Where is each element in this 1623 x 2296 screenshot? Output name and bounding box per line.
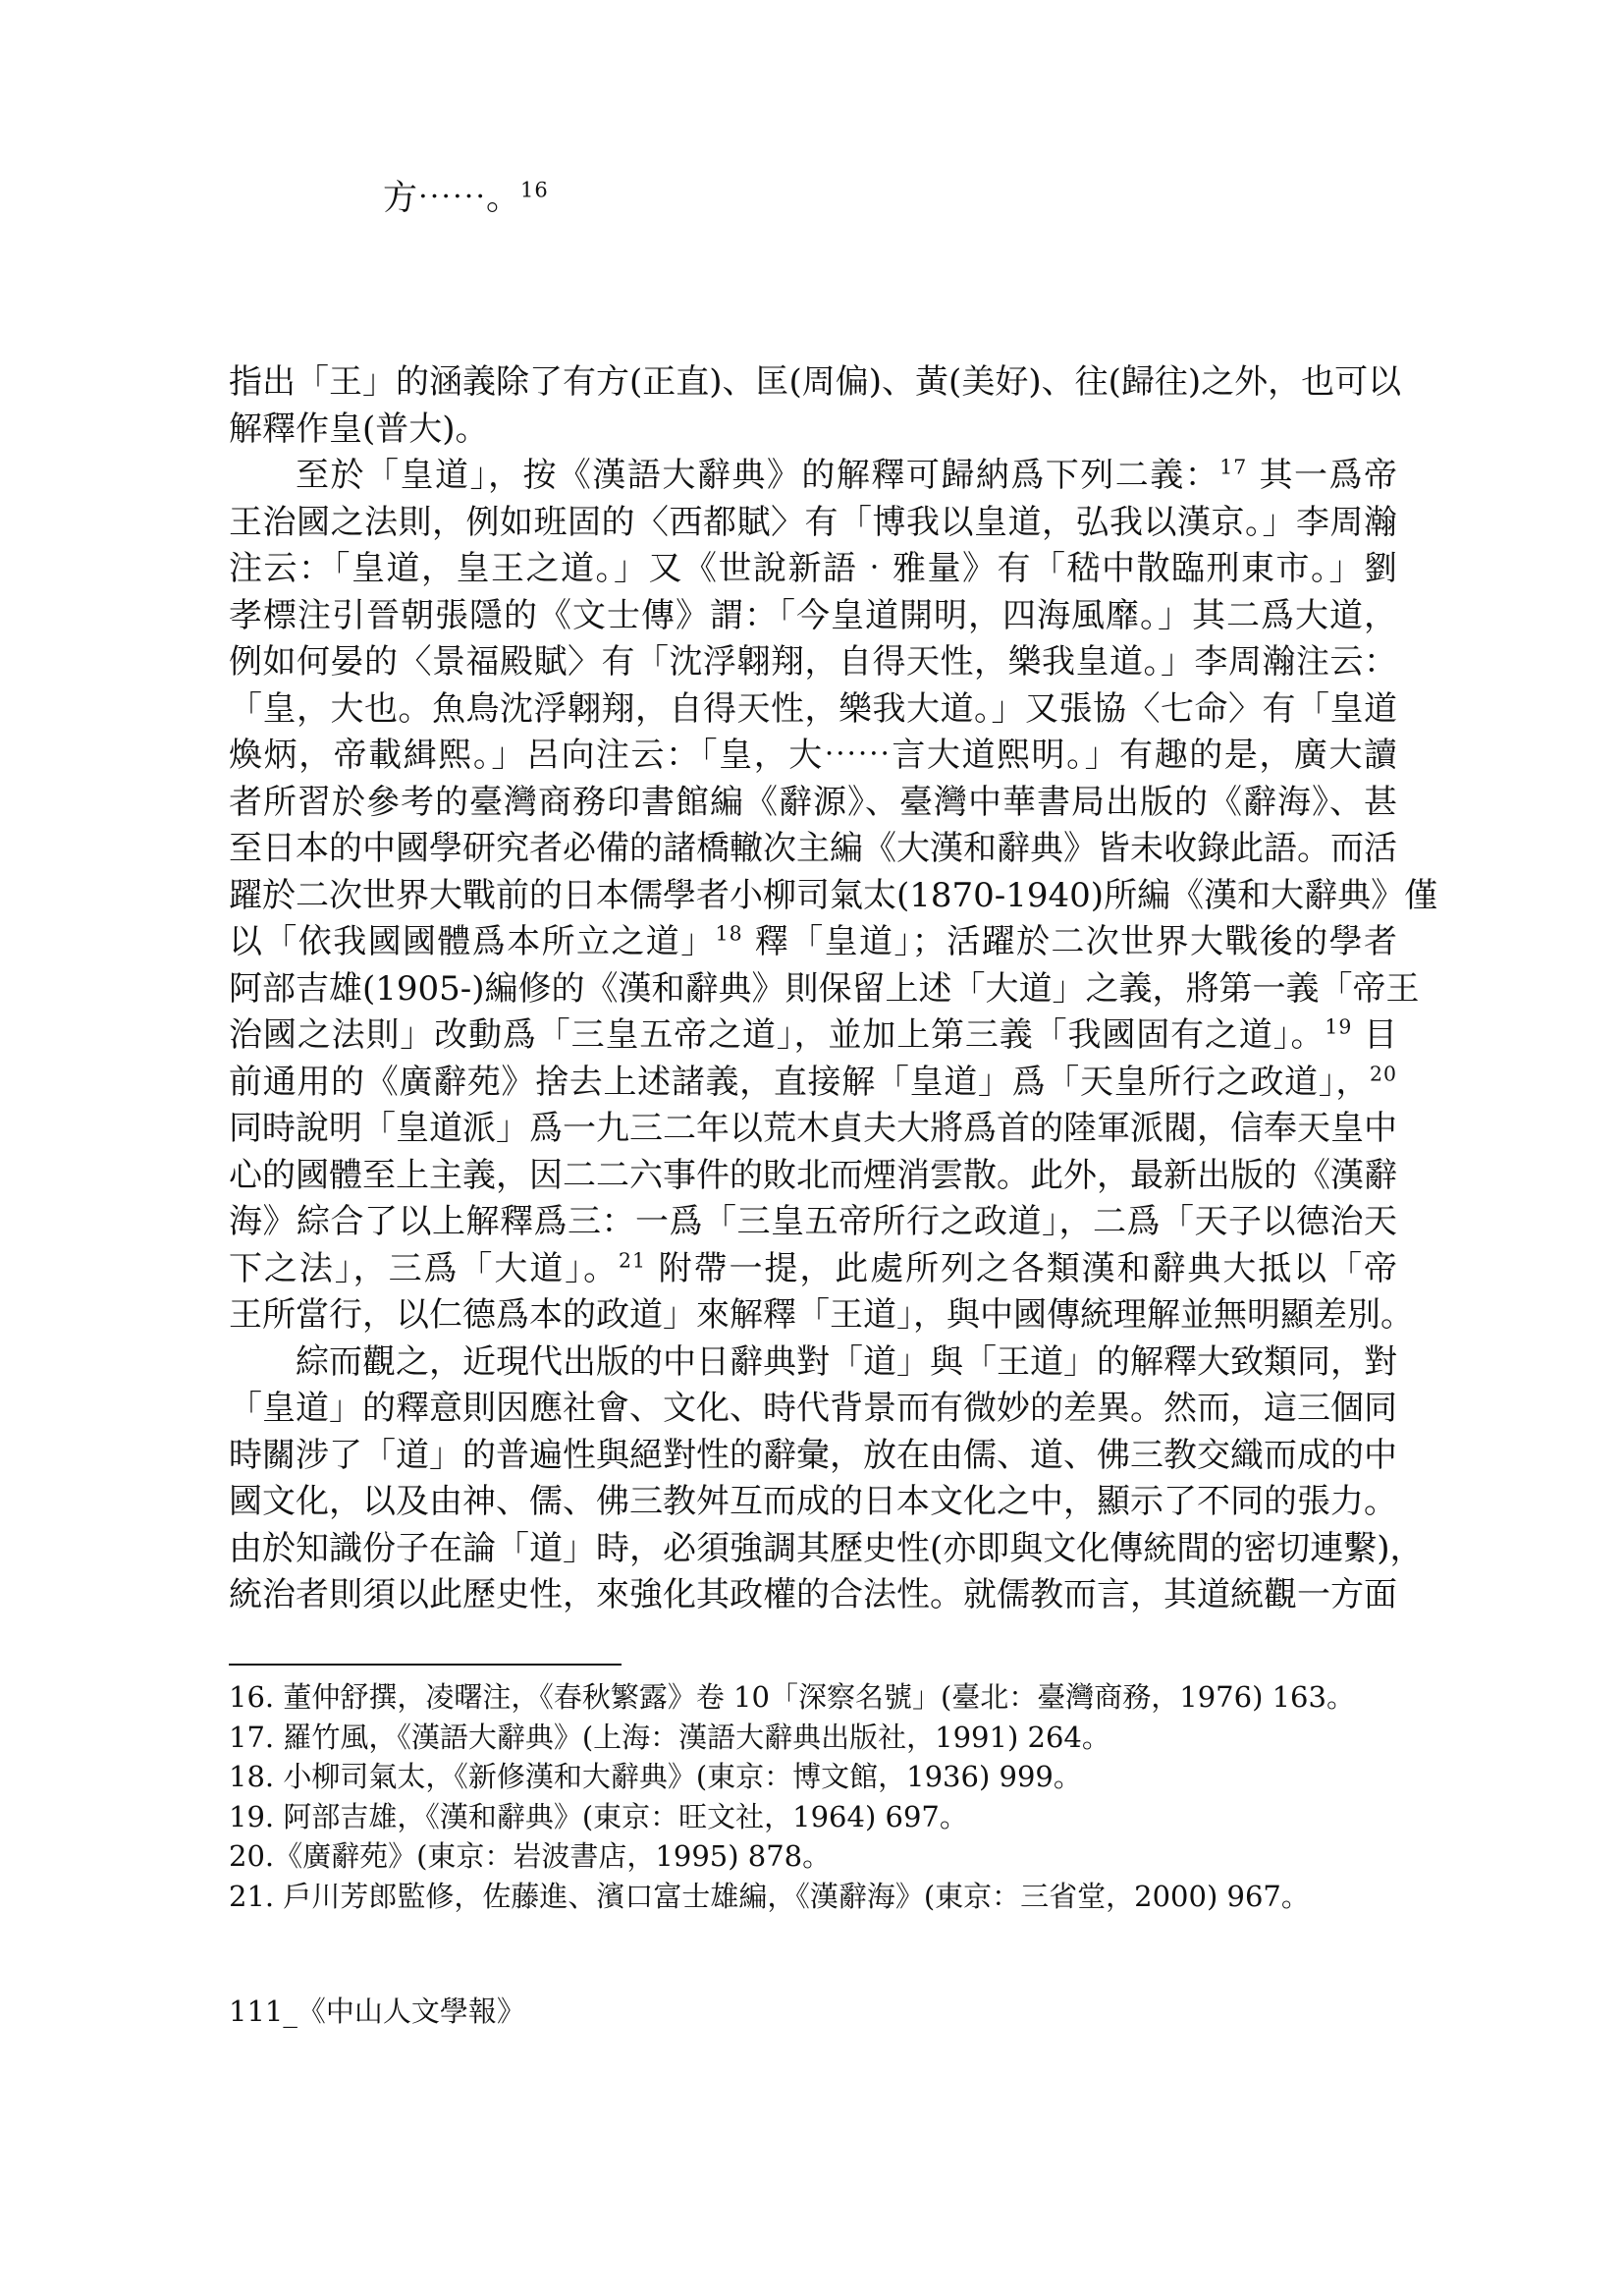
footnote: 16. 董仲舒撰，凌曙注，《春秋繁露》卷 10「深察名號」(臺北：臺灣商務，19… <box>229 1677 1407 1718</box>
footnote: 19. 阿部吉雄，《漢和辭典》(東京：旺文社，1964) 697。 <box>229 1797 1407 1837</box>
text-line: 綜而觀之，近現代出版的中日辭典對「道」與「王道」的解釋大致類同，對 <box>229 1339 1397 1387</box>
text-line: 前通用的《廣辭苑》捨去上述諸義，直接解「皇道」爲「天皇所行之政道」，20 <box>229 1060 1397 1107</box>
quote-text: 方⋯⋯。 <box>383 179 520 218</box>
text-line: 例如何晏的〈景福殿賦〉有「沈浮翺翔，自得天性，樂我皇道。」李周瀚注云： <box>229 639 1397 686</box>
text-line: 以「依我國國體爲本所立之道」18 釋「皇道」；活躍於二次世界大戰後的學者 <box>229 919 1397 966</box>
text-line: 注云：「皇道，皇王之道。」又《世說新語‧雅量》有「嵇中散臨刑東市。」劉 <box>229 546 1397 593</box>
text-line: 國文化，以及由神、儒、佛三教舛互而成的日本文化之中，顯示了不同的張力。 <box>229 1479 1397 1526</box>
text-line: 孝標注引晉朝張隱的《文士傳》謂：「今皇道開明，四海風靡。」其二爲大道， <box>229 593 1397 640</box>
text-line: 由於知識份子在論「道」時，必須強調其歷史性(亦即與文化傳統間的密切連繫)， <box>229 1526 1397 1573</box>
text-line: 指出「王」的涵義除了有方(正直)、匡(周偏)、黃(美好)、往(歸往)之外，也可以 <box>229 359 1397 407</box>
paragraph: 綜而觀之，近現代出版的中日辭典對「道」與「王道」的解釋大致類同，對「皇道」的釋意… <box>229 1339 1397 1619</box>
document-page: 方⋯⋯。16 指出「王」的涵義除了有方(正直)、匡(周偏)、黃(美好)、往(歸往… <box>0 0 1623 2296</box>
text-line: 躍於二次世界大戰前的日本儒學者小柳司氣太(1870-1940)所編《漢和大辭典》… <box>229 873 1397 920</box>
paragraph: 至於「皇道」，按《漢語大辭典》的解釋可歸納爲下列二義：17 其一爲帝王治國之法則… <box>229 453 1397 1339</box>
text-line: 煥炳，帝載緝熙。」呂向注云：「皇，大⋯⋯言大道熙明。」有趣的是，廣大讀 <box>229 733 1397 780</box>
text-line: 治國之法則」改動爲「三皇五帝之道」，並加上第三義「我國固有之道」。19 目 <box>229 1012 1397 1060</box>
footnote: 21. 戶川芳郎監修，佐藤進、濱口富士雄編，《漢辭海》(東京：三省堂，2000)… <box>229 1877 1407 1917</box>
page-number-journal-title: 111_《中山人文學報》 <box>229 1995 525 2028</box>
text-line: 至於「皇道」，按《漢語大辭典》的解釋可歸納爲下列二義：17 其一爲帝 <box>229 453 1397 500</box>
text-line: 同時說明「皇道派」爲一九三二年以荒木貞夫大將爲首的陸軍派閥，信奉天皇中 <box>229 1106 1397 1153</box>
text-line: 時關涉了「道」的普遍性與絕對性的辭彙，放在由儒、道、佛三教交織而成的中 <box>229 1433 1397 1480</box>
text-line: 阿部吉雄(1905-)編修的《漢和辭典》則保留上述「大道」之義，將第一義「帝王 <box>229 966 1397 1013</box>
quote-footnote-ref: 16 <box>520 178 549 201</box>
text-line: 解釋作皇(普大)。 <box>229 407 1397 454</box>
text-line: 心的國體至上主義，因二二六事件的敗北而煙消雲散。此外，最新出版的《漢辭 <box>229 1153 1397 1200</box>
footnote: 20.《廣辭苑》(東京：岩波書店，1995) 878。 <box>229 1836 1407 1877</box>
text-line: 至日本的中國學研究者必備的諸橋轍次主編《大漢和辭典》皆未收錄此語。而活 <box>229 826 1397 873</box>
footnotes-section: 16. 董仲舒撰，凌曙注，《春秋繁露》卷 10「深察名號」(臺北：臺灣商務，19… <box>229 1677 1407 1916</box>
text-line: 王治國之法則，例如班固的〈西都賦〉有「博我以皇道，弘我以漢京。」李周瀚 <box>229 500 1397 547</box>
text-line: 海》綜合了以上解釋爲三：一爲「三皇五帝所行之政道」，二爲「天子以德治天 <box>229 1199 1397 1246</box>
footnote: 18. 小柳司氣太，《新修漢和大辭典》(東京：博文館，1936) 999。 <box>229 1757 1407 1797</box>
page-footer: 111_《中山人文學報》 <box>229 1990 525 2030</box>
text-line: 統治者則須以此歷史性，來強化其政權的合法性。就儒教而言，其道統觀一方面 <box>229 1572 1397 1619</box>
text-line: 「皇，大也。魚鳥沈浮翺翔，自得天性，樂我大道。」又張協〈七命〉有「皇道 <box>229 686 1397 734</box>
text-line: 王所當行，以仁德爲本的政道」來解釋「王道」，與中國傳統理解並無明顯差別。 <box>229 1292 1397 1339</box>
text-line: 「皇道」的釋意則因應社會、文化、時代背景而有微妙的差異。然而，這三個同 <box>229 1386 1397 1433</box>
paragraph: 指出「王」的涵義除了有方(正直)、匡(周偏)、黃(美好)、往(歸往)之外，也可以… <box>229 359 1397 453</box>
footnote: 17. 羅竹風，《漢語大辭典》(上海：漢語大辭典出版社，1991) 264。 <box>229 1718 1407 1758</box>
block-quote: 方⋯⋯。16 <box>383 175 549 222</box>
article-body: 指出「王」的涵義除了有方(正直)、匡(周偏)、黃(美好)、往(歸往)之外，也可以… <box>229 359 1397 1619</box>
footnote-separator-rule <box>229 1664 622 1666</box>
text-line: 者所習於參考的臺灣商務印書館編《辭源》、臺灣中華書局出版的《辭海》、甚 <box>229 780 1397 827</box>
text-line: 下之法」，三爲「大道」。21 附帶一提，此處所列之各類漢和辭典大抵以「帝 <box>229 1246 1397 1293</box>
